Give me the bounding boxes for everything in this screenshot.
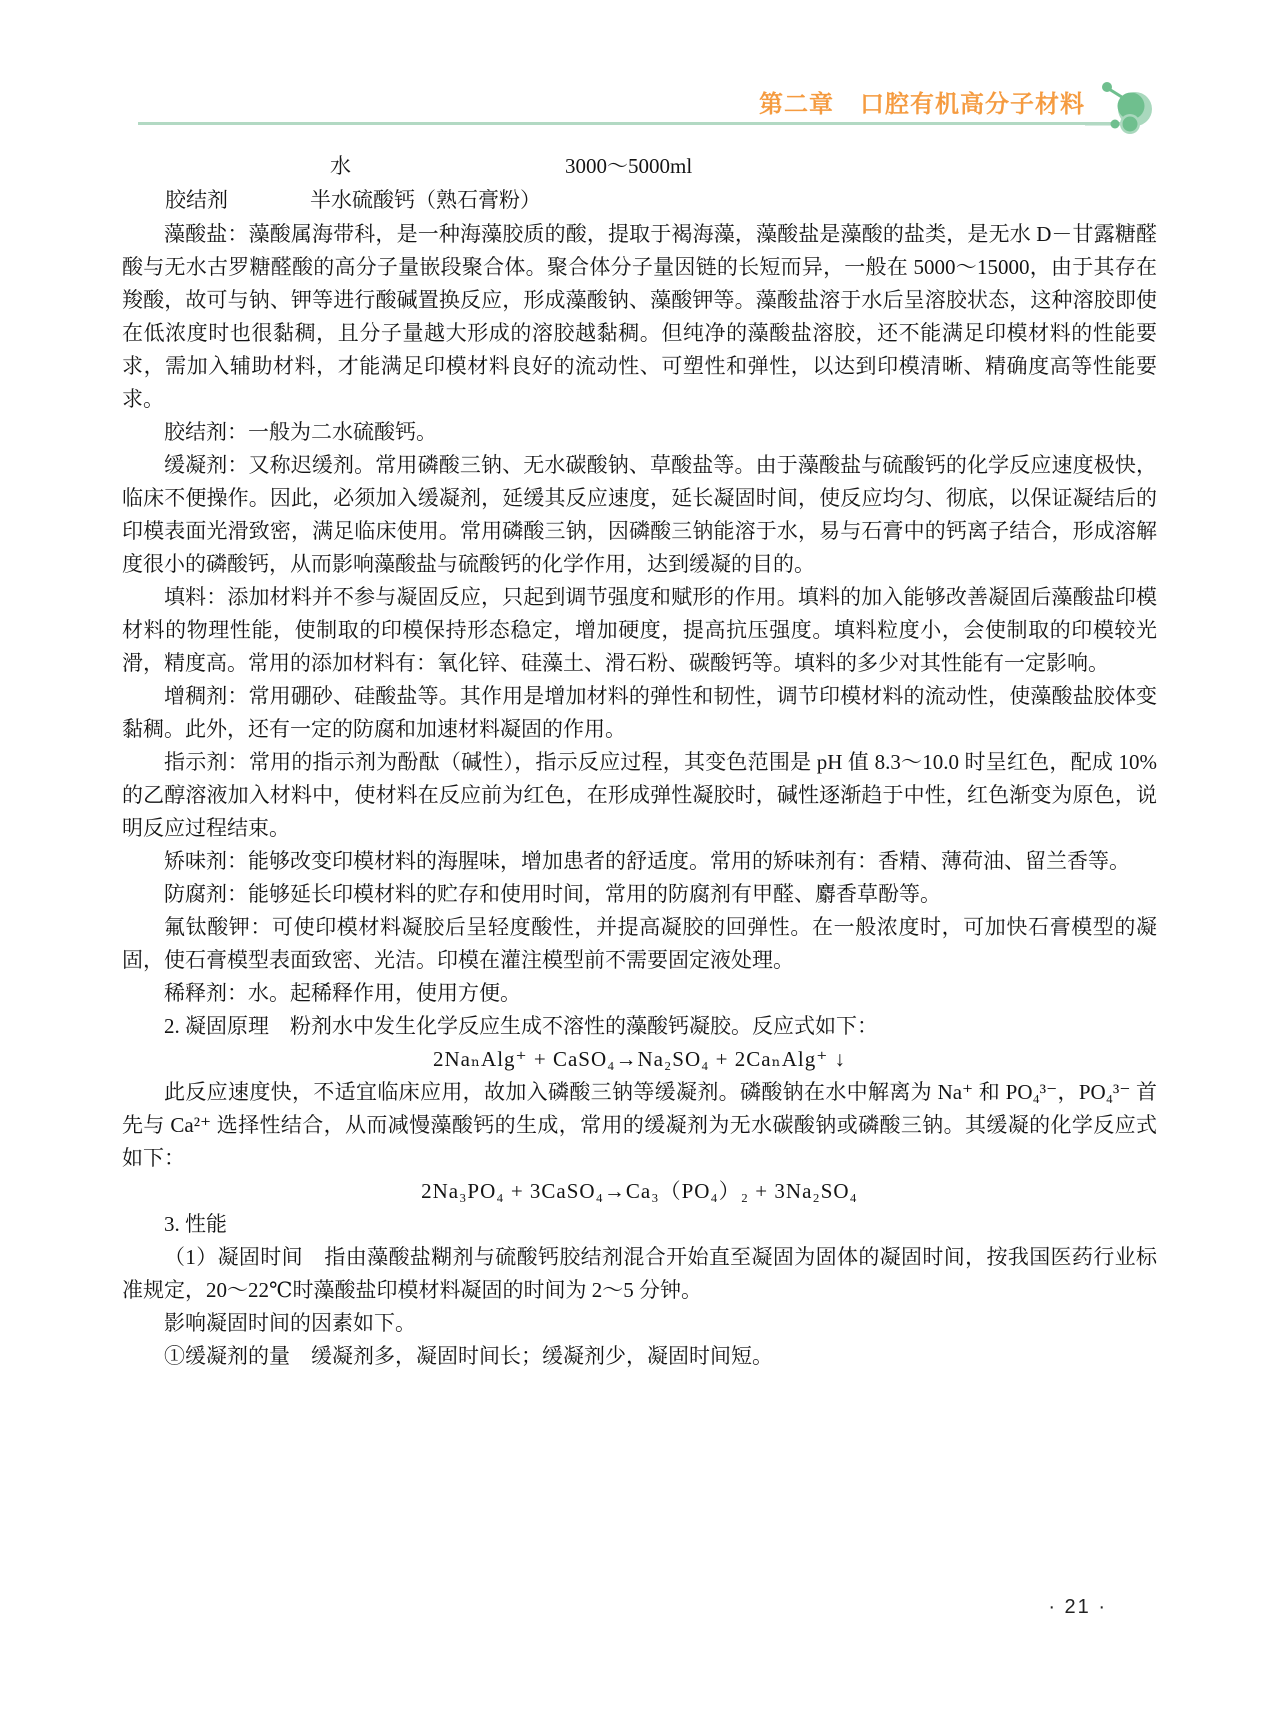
body-paragraph: 矫味剂：能够改变印模材料的海腥味，增加患者的舒适度。常用的矫味剂有：香精、薄荷油… [122, 845, 1157, 878]
body-paragraph: （1）凝固时间 指由藻酸盐糊剂与硫酸钙胶结剂混合开始直至凝固为固体的凝固时间，按… [122, 1241, 1157, 1307]
ingredient-row: 胶结剂半水硫酸钙（熟石膏粉） [122, 184, 1157, 218]
chemical-formula: 2NaₙAlg⁺ + CaSO₄→Na₂SO₄ + 2CaₙAlg⁺ ↓ [122, 1043, 1157, 1076]
molecule-icon [1085, 68, 1180, 153]
body-paragraph: 藻酸盐：藻酸属海带科，是一种海藻胶质的酸，提取于褐海藻，藻酸盐是藻酸的盐类，是无… [122, 218, 1157, 416]
ingredient-row: 水3000～5000ml [122, 150, 1157, 184]
body-paragraph: 影响凝固时间的因素如下。 [122, 1307, 1157, 1340]
body-paragraph: ①缓凝剂的量 缓凝剂多，凝固时间长；缓凝剂少，凝固时间短。 [122, 1340, 1157, 1373]
ingredient-name: 水 [330, 150, 351, 183]
body-paragraph: 2. 凝固原理 粉剂水中发生化学反应生成不溶性的藻酸钙凝胶。反应式如下： [122, 1010, 1157, 1043]
page-number: · 21 · [1048, 1596, 1107, 1619]
book-page: 第二章口腔有机高分子材料 水3000～5000ml胶结剂半水硫酸钙（熟石膏粉） … [0, 0, 1275, 1718]
chapter-number: 第二章 [759, 91, 834, 118]
page-content: 水3000～5000ml胶结剂半水硫酸钙（熟石膏粉） 藻酸盐：藻酸属海带科，是一… [122, 150, 1157, 1373]
ingredient-name: 半水硫酸钙（熟石膏粉） [310, 184, 541, 217]
ingredient-amount: 3000～5000ml [565, 150, 692, 183]
body-paragraph: 稀释剂：水。起稀释作用，使用方便。 [122, 977, 1157, 1010]
chapter-title: 口腔有机高分子材料 [860, 91, 1085, 118]
body-paragraph: 指示剂：常用的指示剂为酚酞（碱性），指示反应过程，其变色范围是 pH 值 8.3… [122, 746, 1157, 845]
body-paragraph: 填料：添加材料并不参与凝固反应，只起到调节强度和赋形的作用。填料的加入能够改善凝… [122, 581, 1157, 680]
body-paragraph: 增稠剂：常用硼砂、硅酸盐等。其作用是增加材料的弹性和韧性，调节印模材料的流动性，… [122, 680, 1157, 746]
body-paragraph: 胶结剂：一般为二水硫酸钙。 [122, 416, 1157, 449]
body-paragraph: 此反应速度快，不适宜临床应用，故加入磷酸三钠等缓凝剂。磷酸钠在水中解离为 Na⁺… [122, 1076, 1157, 1175]
ingredient-table: 水3000～5000ml胶结剂半水硫酸钙（熟石膏粉） [122, 150, 1157, 218]
body-paragraph: 防腐剂：能够延长印模材料的贮存和使用时间，常用的防腐剂有甲醛、麝香草酚等。 [122, 878, 1157, 911]
chapter-heading: 第二章口腔有机高分子材料 [759, 84, 1085, 119]
body-text: 藻酸盐：藻酸属海带科，是一种海藻胶质的酸，提取于褐海藻，藻酸盐是藻酸的盐类，是无… [122, 218, 1157, 1373]
body-paragraph: 3. 性能 [122, 1208, 1157, 1241]
body-paragraph: 氟钛酸钾：可使印模材料凝胶后呈轻度酸性，并提高凝胶的回弹性。在一般浓度时，可加快… [122, 911, 1157, 977]
ingredient-label: 胶结剂 [165, 184, 228, 217]
header-divider [138, 122, 1133, 125]
body-paragraph: 缓凝剂：又称迟缓剂。常用磷酸三钠、无水碳酸钠、草酸盐等。由于藻酸盐与硫酸钙的化学… [122, 449, 1157, 581]
chemical-formula: 2Na₃PO₄ + 3CaSO₄→Ca₃（PO₄）₂ + 3Na₂SO₄ [122, 1175, 1157, 1208]
